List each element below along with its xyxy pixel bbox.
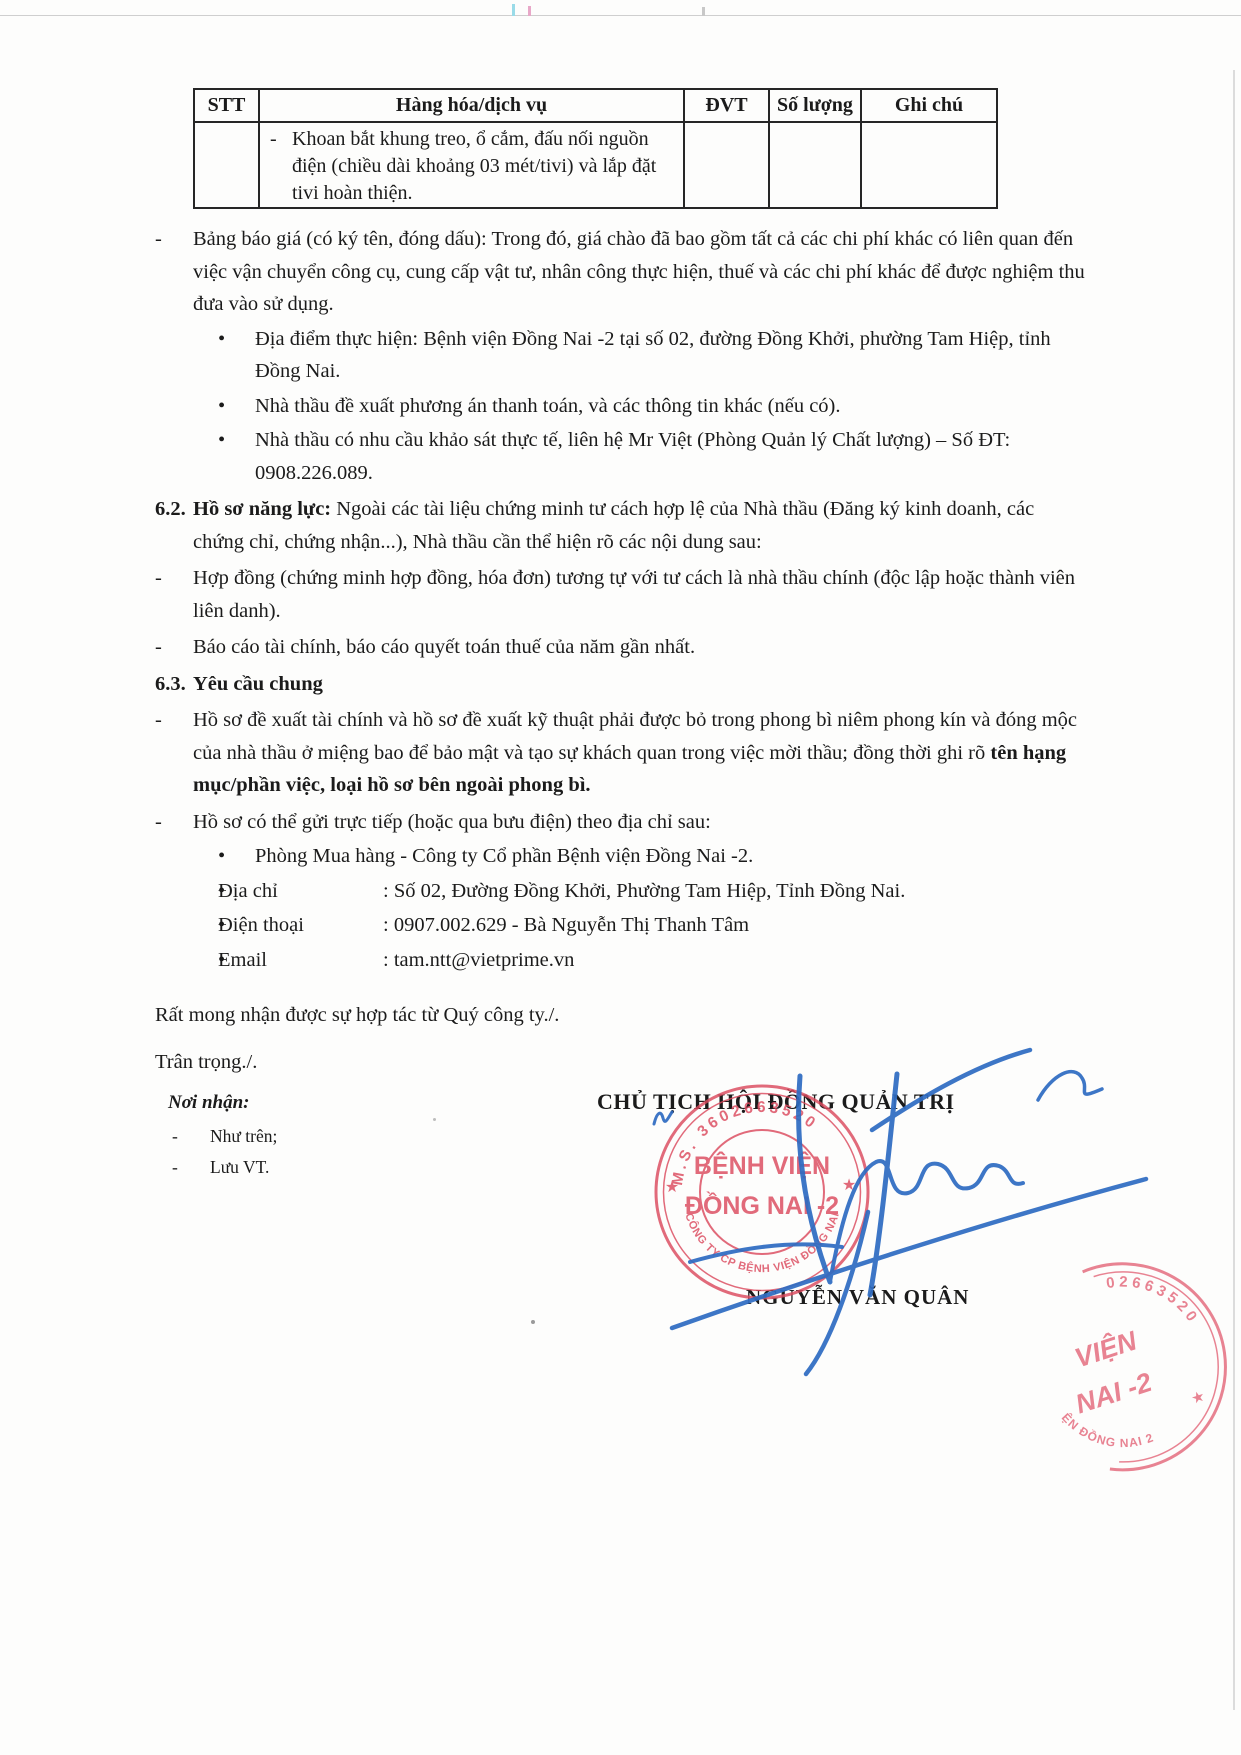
items-table: STT Hàng hóa/dịch vụ ĐVT Số lượng Ghi ch… — [193, 88, 998, 209]
stamp-center-line1: BỆNH VIỆN — [694, 1150, 830, 1180]
list-dash: - — [172, 1126, 210, 1147]
bullet-phone: •Điện thoại: 0907.002.629 - Bà Nguyễn Th… — [218, 909, 1087, 942]
bullet-survey: •Nhà thầu có nhu cầu khảo sát thực tế, l… — [218, 424, 1087, 489]
signer-title: CHỦ TỊCH HỘI ĐỒNG QUẢN TRỊ — [597, 1089, 955, 1115]
field-value: : tam.ntt@vietprime.vn — [383, 949, 574, 971]
field-label: Điện thoại — [255, 909, 383, 942]
table-row: - Khoan bắt khung treo, ổ cắm, đấu nối n… — [194, 122, 997, 208]
scan-speck — [702, 7, 705, 16]
signer-name: NGUYỄN VĂN QUÂN — [746, 1285, 969, 1310]
scanned-document-page: STT Hàng hóa/dịch vụ ĐVT Số lượng Ghi ch… — [0, 0, 1241, 1755]
bullet-department: •Phòng Mua hàng - Công ty Cổ phần Bệnh v… — [218, 840, 1087, 873]
paragraph-contract: -Hợp đồng (chứng minh hợp đồng, hóa đơn)… — [155, 562, 1087, 627]
star-icon: ★ — [665, 1179, 679, 1196]
recipient-item: -Như trên; — [172, 1126, 277, 1147]
list-dash: - — [155, 806, 193, 839]
bullet-icon: • — [218, 390, 255, 423]
cell-qty — [769, 122, 861, 208]
scan-edge-artifact-top — [0, 15, 1241, 16]
list-dash: - — [155, 223, 193, 256]
paragraph-quotation: -Bảng báo giá (có ký tên, đóng dấu): Tro… — [155, 223, 1087, 321]
stamp-center-line2: NAI -2 — [1072, 1367, 1155, 1420]
bullet-icon: • — [218, 424, 255, 457]
paragraph-envelope: -Hồ sơ đề xuất tài chính và hồ sơ đề xuấ… — [155, 704, 1087, 802]
closing-cooperation: Rất mong nhận được sự hợp tác từ Quý côn… — [155, 1004, 559, 1027]
scan-speck — [531, 1320, 535, 1324]
scan-speck — [512, 4, 515, 16]
corner-stamp: 02663520 ỆN ĐỒNG NAI 2 ★ VIỆN NAI -2 — [1017, 1237, 1241, 1489]
field-label: Địa chỉ — [255, 875, 383, 908]
cell-stt — [194, 122, 259, 208]
recipient-item: -Lưu VT. — [172, 1157, 269, 1178]
row-item-text: Khoan bắt khung treo, ổ cắm, đấu nối ngu… — [292, 126, 676, 207]
bullet-location: •Địa điểm thực hiện: Bệnh viện Đồng Nai … — [218, 323, 1087, 388]
section-6-3: 6.3.Yêu cầu chung — [155, 668, 1087, 701]
field-value: : Số 02, Đường Đồng Khởi, Phường Tam Hiệ… — [383, 880, 905, 902]
svg-text:ỆN ĐỒNG NAI 2: ỆN ĐỒNG NAI 2 — [1057, 1388, 1156, 1470]
closing-regards: Trân trọng./. — [155, 1051, 257, 1074]
section-6-2: 6.2.Hồ sơ năng lực: Ngoài các tài liệu c… — [155, 493, 1087, 558]
scan-edge-artifact-right — [1233, 70, 1235, 1710]
scan-speck — [528, 6, 531, 16]
bullet-address: •Địa chỉ: Số 02, Đường Đồng Khởi, Phường… — [218, 875, 1087, 908]
section-number: 6.3. — [155, 668, 193, 701]
col-header-unit: ĐVT — [684, 89, 769, 122]
list-dash: - — [155, 631, 193, 664]
col-header-stt: STT — [194, 89, 259, 122]
col-header-qty: Số lượng — [769, 89, 861, 122]
cell-unit — [684, 122, 769, 208]
cell-item: - Khoan bắt khung treo, ổ cắm, đấu nối n… — [259, 122, 684, 208]
bullet-icon: • — [218, 840, 255, 873]
paragraph-send: -Hồ sơ có thể gửi trực tiếp (hoặc qua bư… — [155, 806, 1087, 839]
scan-speck — [433, 1118, 436, 1121]
svg-text:02663520: 02663520 — [1102, 1251, 1204, 1349]
list-dash: - — [155, 704, 193, 737]
recipients-label: Nơi nhận: — [168, 1092, 249, 1114]
stamp-company-name: ỆN ĐỒNG NAI 2 — [1057, 1388, 1156, 1470]
table-header-row: STT Hàng hóa/dịch vụ ĐVT Số lượng Ghi ch… — [194, 89, 997, 122]
list-dash: - — [172, 1157, 210, 1178]
section-number: 6.2. — [155, 493, 193, 526]
bullet-icon: • — [218, 323, 255, 356]
stamp-center-line2: ĐỒNG NAI -2 — [685, 1190, 839, 1220]
bullet-payment: •Nhà thầu đề xuất phương án thanh toán, … — [218, 390, 1087, 423]
stamp-registration-number: 02663520 — [1102, 1251, 1204, 1349]
field-value: : 0907.002.629 - Bà Nguyễn Thị Thanh Tâm — [383, 914, 749, 936]
field-label: Email — [255, 944, 383, 977]
star-icon: ★ — [842, 1177, 856, 1194]
paragraph-finance: -Báo cáo tài chính, báo cáo quyết toán t… — [155, 631, 1087, 664]
bullet-email: •Email: tam.ntt@vietprime.vn — [218, 944, 1087, 977]
list-dash: - — [270, 126, 292, 207]
star-icon: ★ — [1189, 1389, 1207, 1408]
body-text: -Bảng báo giá (có ký tên, đóng dấu): Tro… — [155, 219, 1087, 976]
col-header-item: Hàng hóa/dịch vụ — [259, 89, 684, 122]
col-header-note: Ghi chú — [861, 89, 997, 122]
list-dash: - — [155, 562, 193, 595]
cell-note — [861, 122, 997, 208]
stamp-center-line1: VIỆN — [1071, 1324, 1141, 1373]
